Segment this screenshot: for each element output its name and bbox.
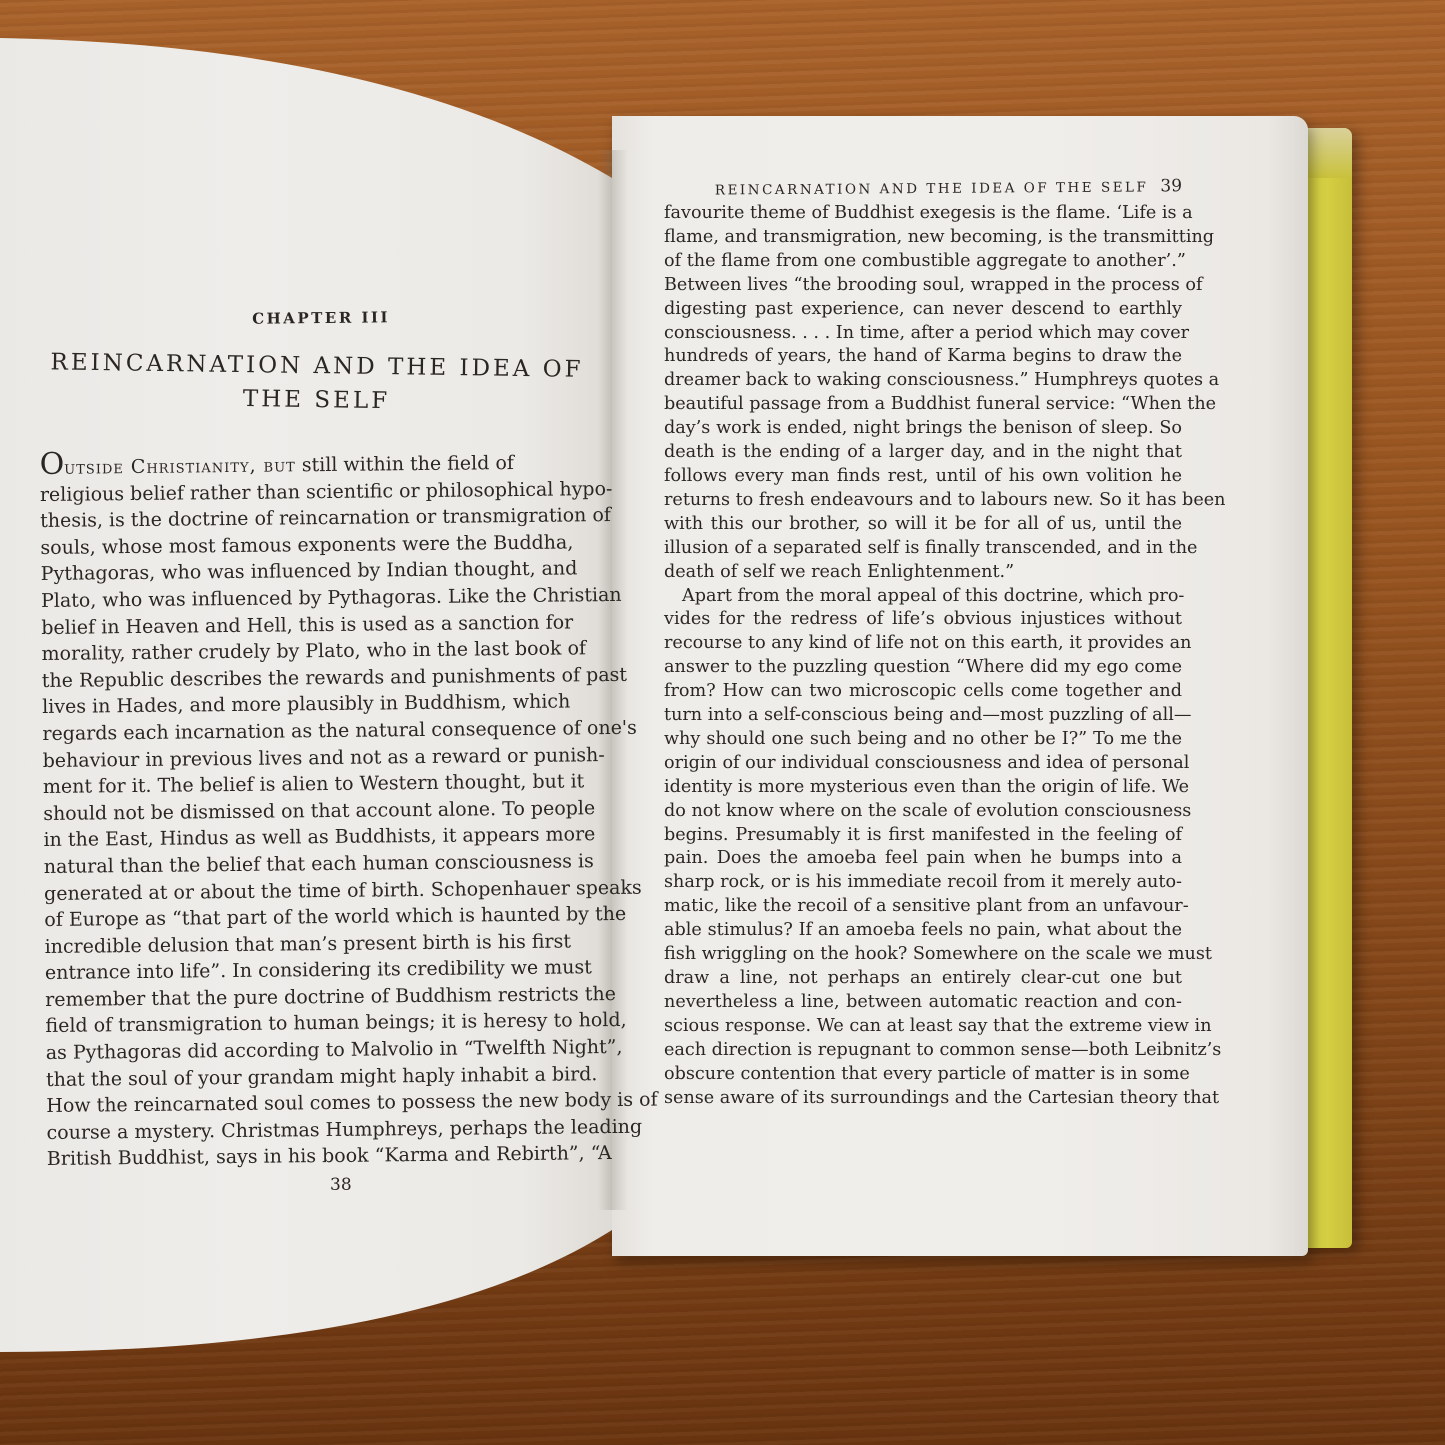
text-line: dreamer back to waking consciousness.” H… [664,369,1182,393]
text-line: sense aware of its surroundings and the … [664,1087,1182,1111]
text-line: flame, and transmigration, new becoming,… [664,226,1182,250]
text-line: digesting past experience, can never des… [664,298,1182,322]
left-page-content: CHAPTER III REINCARNATION AND THE IDEA O… [38,306,593,1173]
text-line: day’s work is ended, night brings the be… [664,417,1182,441]
text-line: consciousness. . . . In time, after a pe… [664,322,1182,346]
text-line: death of self we reach Enlightenment.” [664,561,1182,585]
text-line: nevertheless a line, between automatic r… [664,991,1182,1015]
text-line: why should one such being and no other b… [664,728,1182,752]
drop-cap: O [39,447,64,482]
right-page-content: REINCARNATION AND THE IDEA OF THE SELF 3… [664,178,1182,1110]
text-line: scious response. We can at least say tha… [664,1015,1182,1039]
text-line: of the flame from one combustible aggreg… [664,250,1182,274]
page-number-right: 39 [1160,176,1182,196]
text-line: each direction is repugnant to common se… [664,1039,1182,1063]
text-line: origin of our individual consciousness a… [664,752,1182,776]
text-line: death is the ending of a larger day, and… [664,441,1182,465]
opening-small-caps: utside Christianity, but [64,454,296,478]
running-head-title: REINCARNATION AND THE IDEA OF THE SELF [715,179,1149,198]
text-line: begins. Presumably it is first manifeste… [664,824,1182,848]
text-line: obscure contention that every particle o… [664,1063,1182,1087]
text-line: answer to the puzzling question “Where d… [664,656,1182,680]
text-line: pain. Does the amoeba feel pain when he … [664,847,1182,871]
text-line: matic, like the recoil of a sensitive pl… [664,895,1182,919]
text-line: recourse to any kind of life not on this… [664,632,1182,656]
text-line: illusion of a separated self is finally … [664,537,1182,561]
page-number-left: 38 [330,1175,352,1195]
paragraph-start-line: Apart from the moral appeal of this doct… [664,585,1182,609]
text-line: turn into a self-conscious being and—mos… [664,704,1182,728]
text-line: hundreds of years, the hand of Karma beg… [664,345,1182,369]
left-page-body: Outside Christianity, but still within t… [39,446,593,1173]
text-line: returns to fresh endeavours and to labou… [664,489,1182,513]
text-line: vides for the redress of life’s obvious … [664,608,1182,632]
text-line: favourite theme of Buddhist exegesis is … [664,202,1182,226]
text-line: Between lives “the brooding soul, wrappe… [664,274,1182,298]
text-line: identity is more mysterious even than th… [664,776,1182,800]
text-line: do not know where on the scale of evolut… [664,800,1182,824]
text-line: draw a line, not perhaps an entirely cle… [664,967,1182,991]
text-line: able stimulus? If an amoeba feels no pai… [664,919,1182,943]
text-line: beautiful passage from a Buddhist funera… [664,393,1182,417]
text-line: from? How can two microscopic cells come… [664,680,1182,704]
text-line: sharp rock, or is his immediate recoil f… [664,871,1182,895]
running-head: REINCARNATION AND THE IDEA OF THE SELF 3… [664,176,1182,200]
chapter-title: REINCARNATION AND THE IDEA OF THE SELF [48,345,585,420]
text-line: follows every man finds rest, until of h… [664,465,1182,489]
text-line: fish wriggling on the hook? Somewhere on… [664,943,1182,967]
text-line: with this our brother, so will it be for… [664,513,1182,537]
